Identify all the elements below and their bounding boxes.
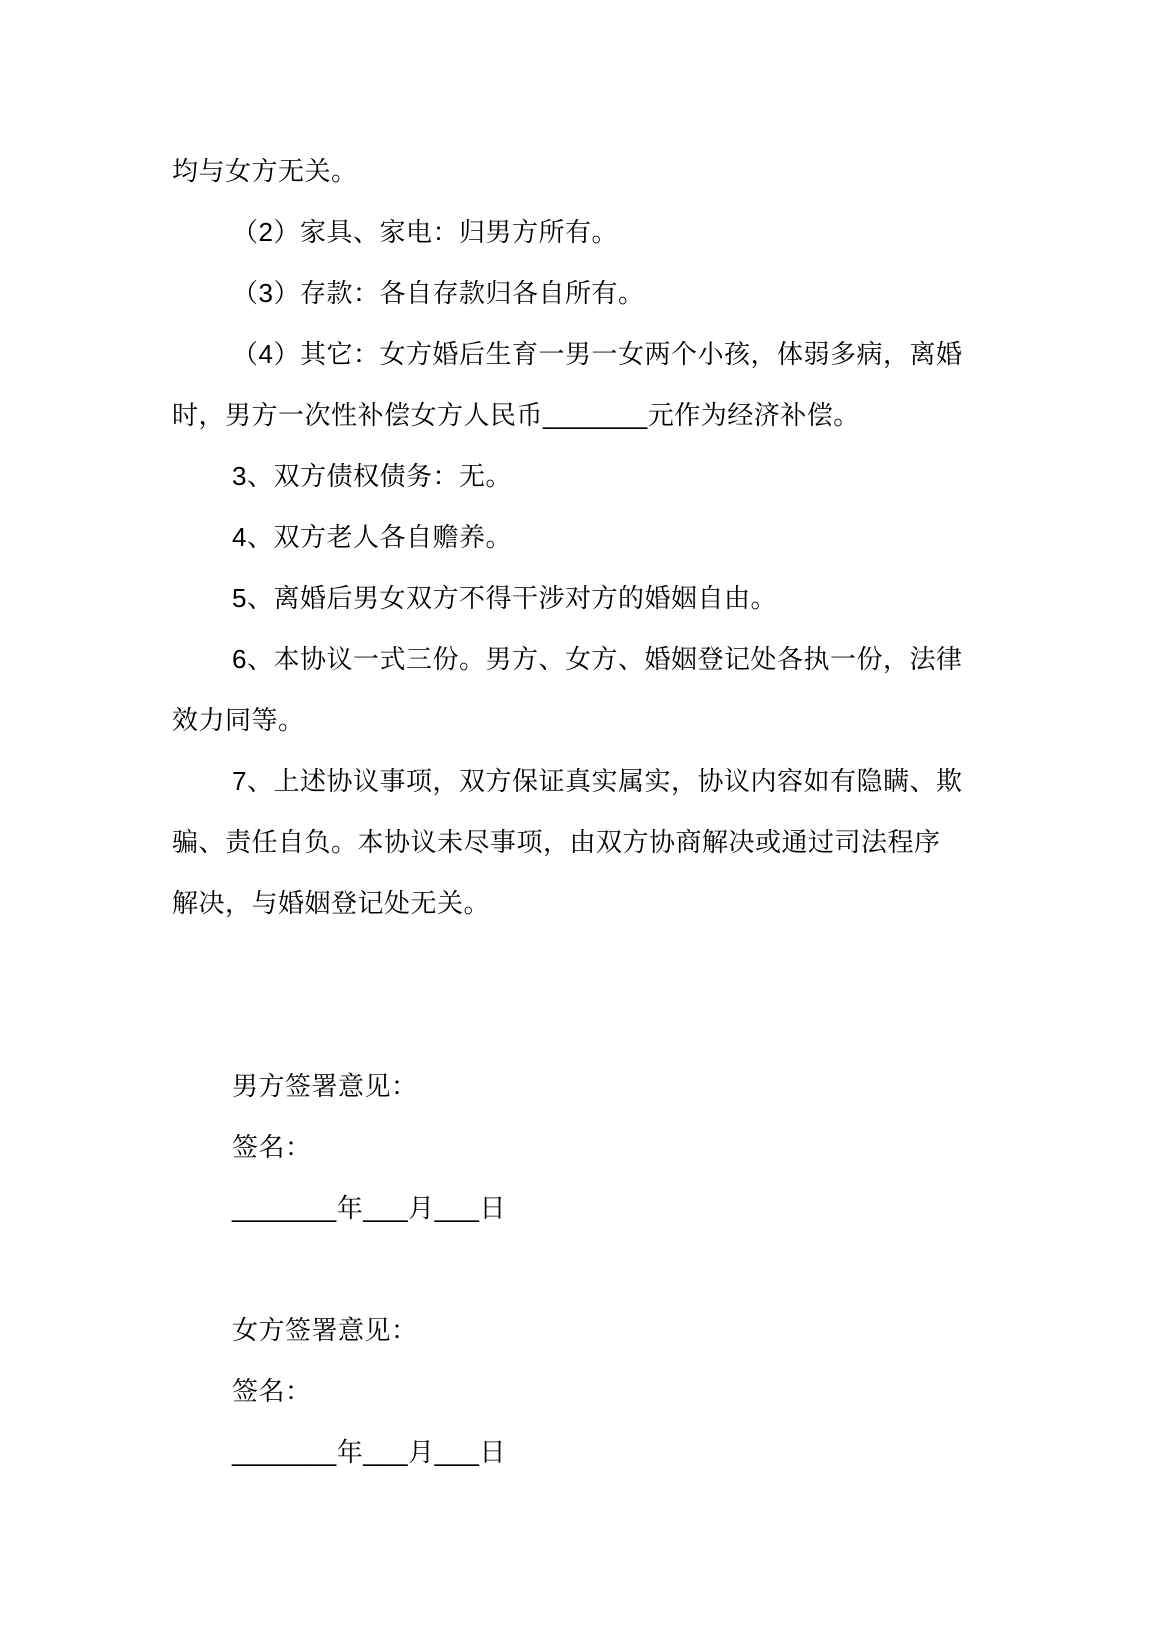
clause-7-continued-2: 解决，与婚姻登记处无关。 bbox=[172, 873, 999, 934]
wife-date-line: _______年___月___日 bbox=[172, 1422, 999, 1483]
clause-property-3: （3）存款：各自存款归各自所有。 bbox=[172, 263, 999, 324]
clause-3-debts: 3、双方债权债务：无。 bbox=[172, 446, 999, 507]
body-line: 均与女方无关。 bbox=[172, 141, 999, 202]
clause-7-continued-1: 骗、责任自负。本协议未尽事项，由双方协商解决或通过司法程序 bbox=[172, 812, 999, 873]
husband-signature-label: 签名： bbox=[172, 1117, 999, 1178]
husband-date-line: _______年___月___日 bbox=[172, 1178, 999, 1239]
husband-opinion-label: 男方签署意见： bbox=[172, 1056, 999, 1117]
clause-6-continued: 效力同等。 bbox=[172, 690, 999, 751]
wife-signature-label: 签名： bbox=[172, 1361, 999, 1422]
document-body: 均与女方无关。 （2）家具、家电：归男方所有。 （3）存款：各自存款归各自所有。… bbox=[0, 0, 1167, 1483]
clause-6-copies: 6、本协议一式三份。男方、女方、婚姻登记处各执一份，法律 bbox=[172, 629, 999, 690]
clause-property-4: （4）其它：女方婚后生育一男一女两个小孩，体弱多病，离婚 bbox=[172, 324, 999, 385]
clause-7-truth: 7、上述协议事项，双方保证真实属实，协议内容如有隐瞒、欺 bbox=[172, 751, 999, 812]
clause-property-2: （2）家具、家电：归男方所有。 bbox=[172, 202, 999, 263]
clause-4-elders: 4、双方老人各自赡养。 bbox=[172, 507, 999, 568]
wife-opinion-label: 女方签署意见： bbox=[172, 1300, 999, 1361]
document-page: 均与女方无关。 （2）家具、家电：归男方所有。 （3）存款：各自存款归各自所有。… bbox=[0, 0, 1167, 1651]
clause-property-4-continued: 时，男方一次性补偿女方人民币_______元作为经济补偿。 bbox=[172, 385, 999, 446]
clause-5-freedom: 5、离婚后男女双方不得干涉对方的婚姻自由。 bbox=[172, 568, 999, 629]
